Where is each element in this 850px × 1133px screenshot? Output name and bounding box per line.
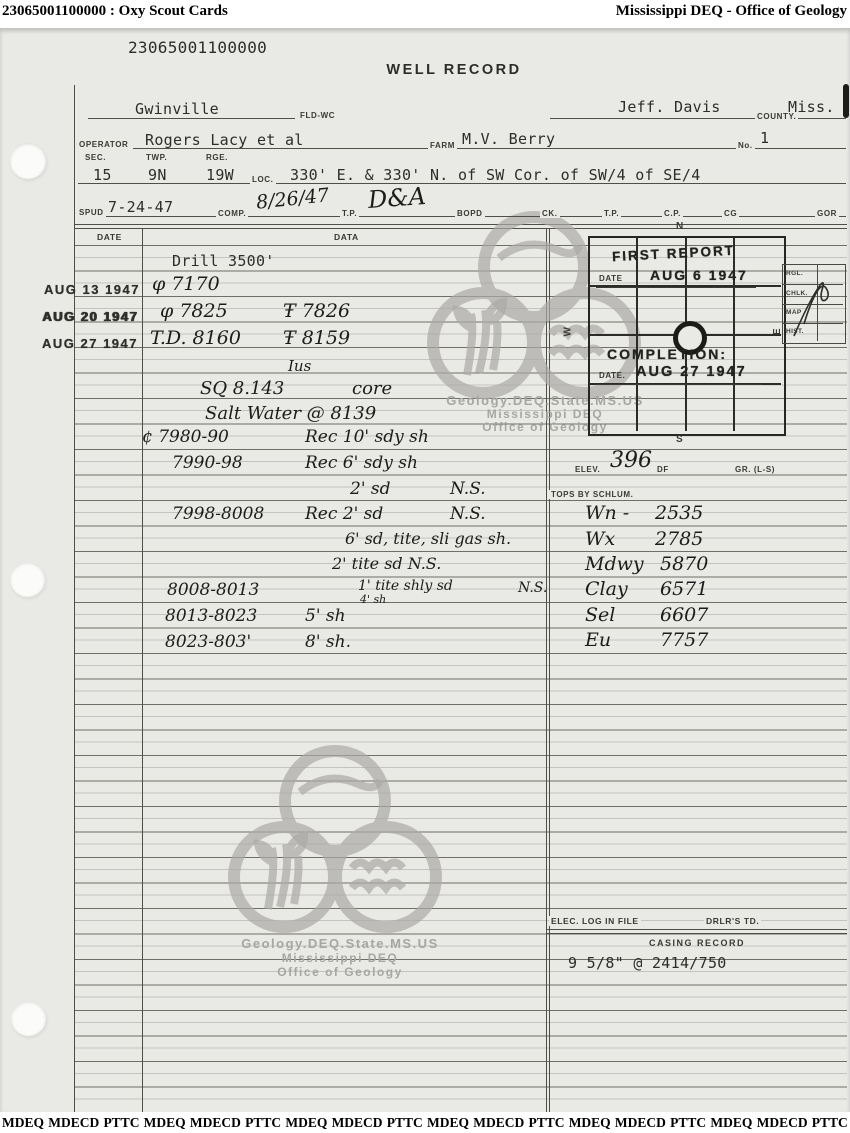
watermark-url-lower: Geology.DEQ.State.MS.US xyxy=(225,936,455,951)
footer-token: MDECD xyxy=(332,1115,383,1131)
twp-label: TWP. xyxy=(144,153,169,162)
log-entry-7825: φ 7825 xyxy=(160,300,228,322)
log-note-salt-water: Salt Water @ 8139 xyxy=(205,403,376,424)
log-note-7990-rec: Rec 6' sdy sh xyxy=(305,453,418,473)
completion-stamp: COMPLETION: xyxy=(607,346,727,362)
top-row-value: 6607 xyxy=(660,604,708,626)
loc-value: 330' E. & 330' N. of SW Cor. of SW/4 of … xyxy=(290,166,701,184)
cg-label: CG xyxy=(722,209,739,218)
footer-tokens: MDEQ MDECD PTTC MDEQ MDECD PTTC MDEQ MDE… xyxy=(0,1112,850,1131)
footer-token: MDECD xyxy=(473,1115,524,1131)
log-note-6sd: 6' sd, tite, sli gas sh. xyxy=(345,529,511,548)
log-entry-7826: Ŧ 7826 xyxy=(283,300,350,322)
bopd-label: BOPD xyxy=(455,209,485,218)
completion-date-stamp: AUG 27 1947 xyxy=(636,364,747,380)
top-row-value: 7757 xyxy=(660,629,708,651)
date-stamp-aug-13: AUG 13 1947 xyxy=(44,282,140,297)
footer-token: PTTC xyxy=(670,1115,706,1131)
deq-watermark-logo-lower xyxy=(228,744,443,934)
top-row-name: Eu xyxy=(585,629,611,651)
print-header: 23065001100000 : Oxy Scout Cards Mississ… xyxy=(0,0,850,28)
completion-date-label: DATE. xyxy=(597,371,627,380)
map-north-label: N xyxy=(674,221,686,232)
ck-label: CK. xyxy=(540,209,560,218)
data-column-header: DATA xyxy=(332,232,361,242)
log-note-8023-desc: 8' sh. xyxy=(305,632,351,652)
serial-number: 23065001100000 xyxy=(128,38,267,57)
hole-punch-bottom xyxy=(11,1001,46,1036)
hole-punch-top xyxy=(10,143,46,179)
log-note-8008-desc: 1' tite shly sd xyxy=(358,578,453,594)
log-note-8008-ns: N.S. xyxy=(518,580,547,596)
scanned-well-record-card: Geology.DEQ.State.MS.US Mississippi DEQ … xyxy=(0,28,850,1112)
map-west-label: W xyxy=(563,324,574,338)
footer-token: MDEQ xyxy=(710,1115,752,1131)
tp-value-handwritten: D&A xyxy=(367,182,427,214)
log-note-8013-desc: 5' sh xyxy=(305,606,346,626)
footer-token: PTTC xyxy=(528,1115,564,1131)
top-row-value: 2785 xyxy=(655,528,703,550)
watermark-office-lower: Office of Geology xyxy=(225,965,455,979)
watermark-agency-lower: Mississippi DEQ xyxy=(225,951,455,965)
hole-punch-middle xyxy=(10,562,45,597)
log-entry-8159: Ŧ 8159 xyxy=(283,327,350,349)
footer-token: MDECD xyxy=(757,1115,808,1131)
footer-token: PTTC xyxy=(103,1115,139,1131)
footer-token: MDEQ xyxy=(2,1115,44,1131)
rge-label: RGE. xyxy=(204,153,230,162)
top-row-name: Wx xyxy=(585,528,615,550)
log-note-sq-8143: SQ 8.143 xyxy=(200,378,284,399)
well-no-label: No. xyxy=(736,141,755,150)
well-no-value: 1 xyxy=(760,129,769,147)
footer-token: MDECD xyxy=(48,1115,99,1131)
log-note-ius: Ius xyxy=(288,357,311,375)
field-label: FLD-WC xyxy=(298,111,337,120)
state-value: Miss. xyxy=(788,98,835,116)
tp-label-1: T.P. xyxy=(340,209,359,218)
farm-value: M.V. Berry xyxy=(462,130,555,148)
comp-label: COMP. xyxy=(216,209,248,218)
tops-by-schlum-label: TOPS BY SCHLUM. xyxy=(549,490,636,499)
log-note-2tite: 2' tite sd N.S. xyxy=(332,554,441,573)
top-row-value: 6571 xyxy=(660,578,708,600)
field-value: Gwinville xyxy=(135,100,219,118)
footer-token: MDEQ xyxy=(144,1115,186,1131)
spud-label: SPUD xyxy=(77,208,106,217)
log-note-2sd: 2' sd xyxy=(350,479,391,499)
date-column-header: DATE xyxy=(95,232,124,242)
tp-label-2: T.P. xyxy=(602,209,621,218)
comp-value-handwritten: 8/26/47 xyxy=(255,184,330,214)
footer-token: PTTC xyxy=(387,1115,423,1131)
log-note-7998-rec: Rec 2' sd xyxy=(305,504,383,524)
top-row-name: Wn - xyxy=(585,502,629,524)
log-note-8013: 8013-8023 xyxy=(165,606,257,626)
casing-record-value: 9 5/8" @ 2414/750 xyxy=(568,954,727,972)
log-note-7980: ¢ 7980-90 xyxy=(142,427,229,447)
log-note-8008: 8008-8013 xyxy=(167,580,259,600)
log-note-8008-desc2: 4' sh xyxy=(360,593,386,606)
map-south-label: S xyxy=(674,434,685,445)
top-row-name: Sel xyxy=(585,604,615,626)
elec-log-label: ELEC. LOG IN FILE xyxy=(549,916,641,926)
farm-label: FARM xyxy=(428,141,457,150)
log-typed-note: Drill 3500' xyxy=(172,252,275,270)
log-note-7998: 7998-8008 xyxy=(172,504,264,524)
top-row-name: Clay xyxy=(585,578,628,600)
loc-label: LOC. xyxy=(250,175,276,184)
footer-token: MDEQ xyxy=(285,1115,327,1131)
footer-token: MDEQ xyxy=(427,1115,469,1131)
agency-title: Mississippi DEQ - Office of Geology xyxy=(616,3,847,20)
top-row-name: Mdwy xyxy=(585,553,644,575)
sec-label: SEC. xyxy=(83,153,108,162)
drlrs-td-label: DRLR'S TD. xyxy=(704,916,761,926)
operator-value: Rogers Lacy et al xyxy=(145,131,304,149)
log-note-7990: 7990-98 xyxy=(172,453,243,473)
scan-artifact xyxy=(843,84,849,118)
log-note-2sd-ns: N.S. xyxy=(450,479,486,499)
page: 23065001100000 : Oxy Scout Cards Mississ… xyxy=(0,0,850,1133)
log-note-7980-rec: Rec 10' sdy sh xyxy=(305,427,429,447)
gr-label: GR. (L-S) xyxy=(733,465,777,474)
footer-strip: MDEQ MDECD PTTC MDEQ MDECD PTTC MDEQ MDE… xyxy=(0,1112,850,1133)
footer-token: PTTC xyxy=(812,1115,848,1131)
card-left-border xyxy=(74,85,75,1126)
first-report-date-label: DATE xyxy=(597,274,625,283)
card-title: WELL RECORD xyxy=(374,62,534,78)
cp-label: C.P. xyxy=(662,209,683,218)
log-note-8023: 8023-803' xyxy=(165,632,251,652)
operator-label: OPERATOR xyxy=(77,140,130,149)
spud-value: 7-24-47 xyxy=(108,198,173,216)
log-entry-td-8160: T.D. 8160 xyxy=(150,327,241,349)
footer-token: MDECD xyxy=(190,1115,241,1131)
document-id-title: 23065001100000 : Oxy Scout Cards xyxy=(2,3,228,20)
footer-token: MDECD xyxy=(615,1115,666,1131)
index-stamp-checkmark xyxy=(782,264,844,342)
first-report-date-stamp: AUG 6 1947 xyxy=(650,267,748,283)
log-note-core: core xyxy=(352,378,392,399)
footer-token: MDEQ xyxy=(569,1115,611,1131)
log-entry-7170: φ 7170 xyxy=(152,273,220,295)
df-label: DF xyxy=(655,465,671,474)
twp-value: 9N xyxy=(148,166,167,184)
top-row-value: 2535 xyxy=(655,502,703,524)
date-column-divider xyxy=(142,228,143,1126)
gor-label: GOR xyxy=(815,209,839,218)
log-note-7998-ns: N.S. xyxy=(450,504,486,524)
date-stamp-aug-20: AUG 20 1947 xyxy=(42,309,138,324)
sec-value: 15 xyxy=(93,166,112,184)
date-stamp-aug-27: AUG 27 1947 xyxy=(42,336,138,351)
casing-record-title: CASING RECORD xyxy=(547,938,847,948)
rge-value: 19W xyxy=(206,166,234,184)
county-value: Jeff. Davis xyxy=(618,98,721,116)
footer-token: PTTC xyxy=(245,1115,281,1131)
elev-label: ELEV. xyxy=(573,465,602,474)
top-row-value: 5870 xyxy=(660,553,708,575)
elev-value: 396 xyxy=(610,448,652,473)
